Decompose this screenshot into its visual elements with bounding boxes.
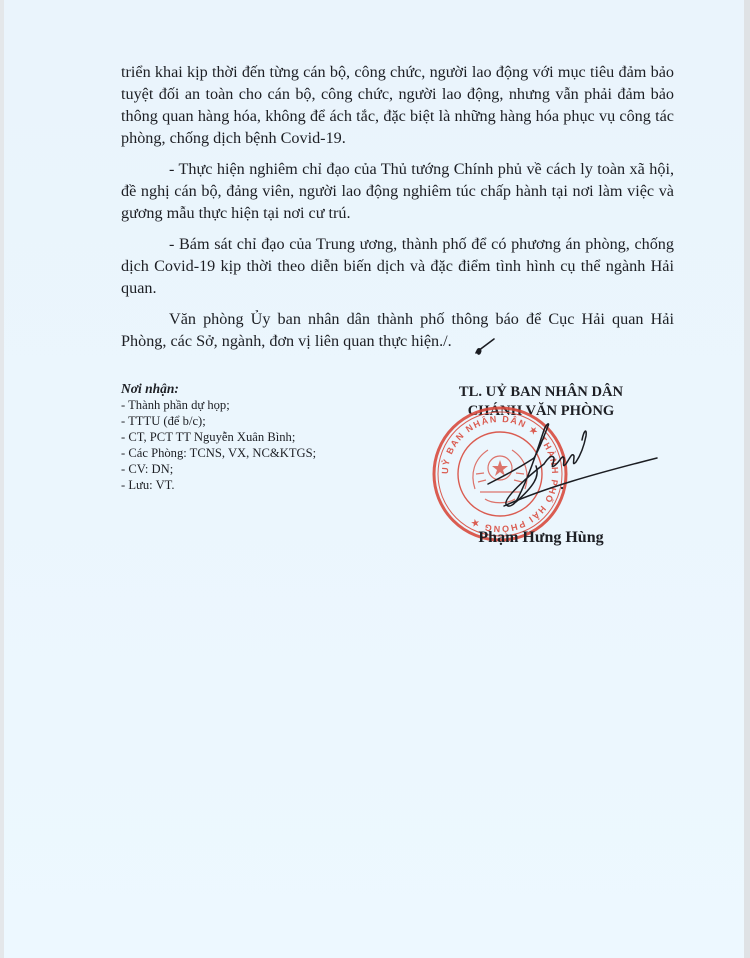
body-text: triển khai kịp thời đến từng cán bộ, côn… (121, 61, 674, 352)
signer-name: Phạm Hưng Hùng (434, 529, 648, 547)
recipient-item: - CT, PCT TT Nguyễn Xuân Bình; (121, 429, 316, 445)
recipients-title: Nơi nhận: (121, 381, 316, 397)
scan-edge-right (744, 0, 750, 958)
document-page: triển khai kịp thời đến từng cán bộ, côn… (4, 0, 744, 958)
recipient-item: - Các Phòng: TCNS, VX, NC&KTGS; (121, 445, 316, 461)
signature-authority-line: TL. UỶ BAN NHÂN DÂN (434, 383, 648, 402)
recipients-list: Nơi nhận: - Thành phần dự họp; - TTTU (đ… (121, 381, 316, 493)
paragraph-isolation-directive: - Thực hiện nghiêm chỉ đạo của Thủ tướng… (121, 158, 674, 224)
recipient-item: - CV: DN; (121, 461, 316, 477)
recipient-item: - Thành phần dự họp; (121, 397, 316, 413)
handwritten-signature-icon (474, 418, 664, 518)
recipient-item: - Lưu: VT. (121, 477, 316, 493)
scan-edge-left (0, 0, 4, 958)
paragraph-continuation: triển khai kịp thời đến từng cán bộ, côn… (121, 61, 674, 149)
paragraph-closing-notice: Văn phòng Ủy ban nhân dân thành phố thôn… (121, 308, 674, 352)
initials-mark-icon (474, 336, 496, 356)
recipient-item: - TTTU (để b/c); (121, 413, 316, 429)
paragraph-follow-guidance: - Bám sát chỉ đạo của Trung ương, thành … (121, 233, 674, 299)
